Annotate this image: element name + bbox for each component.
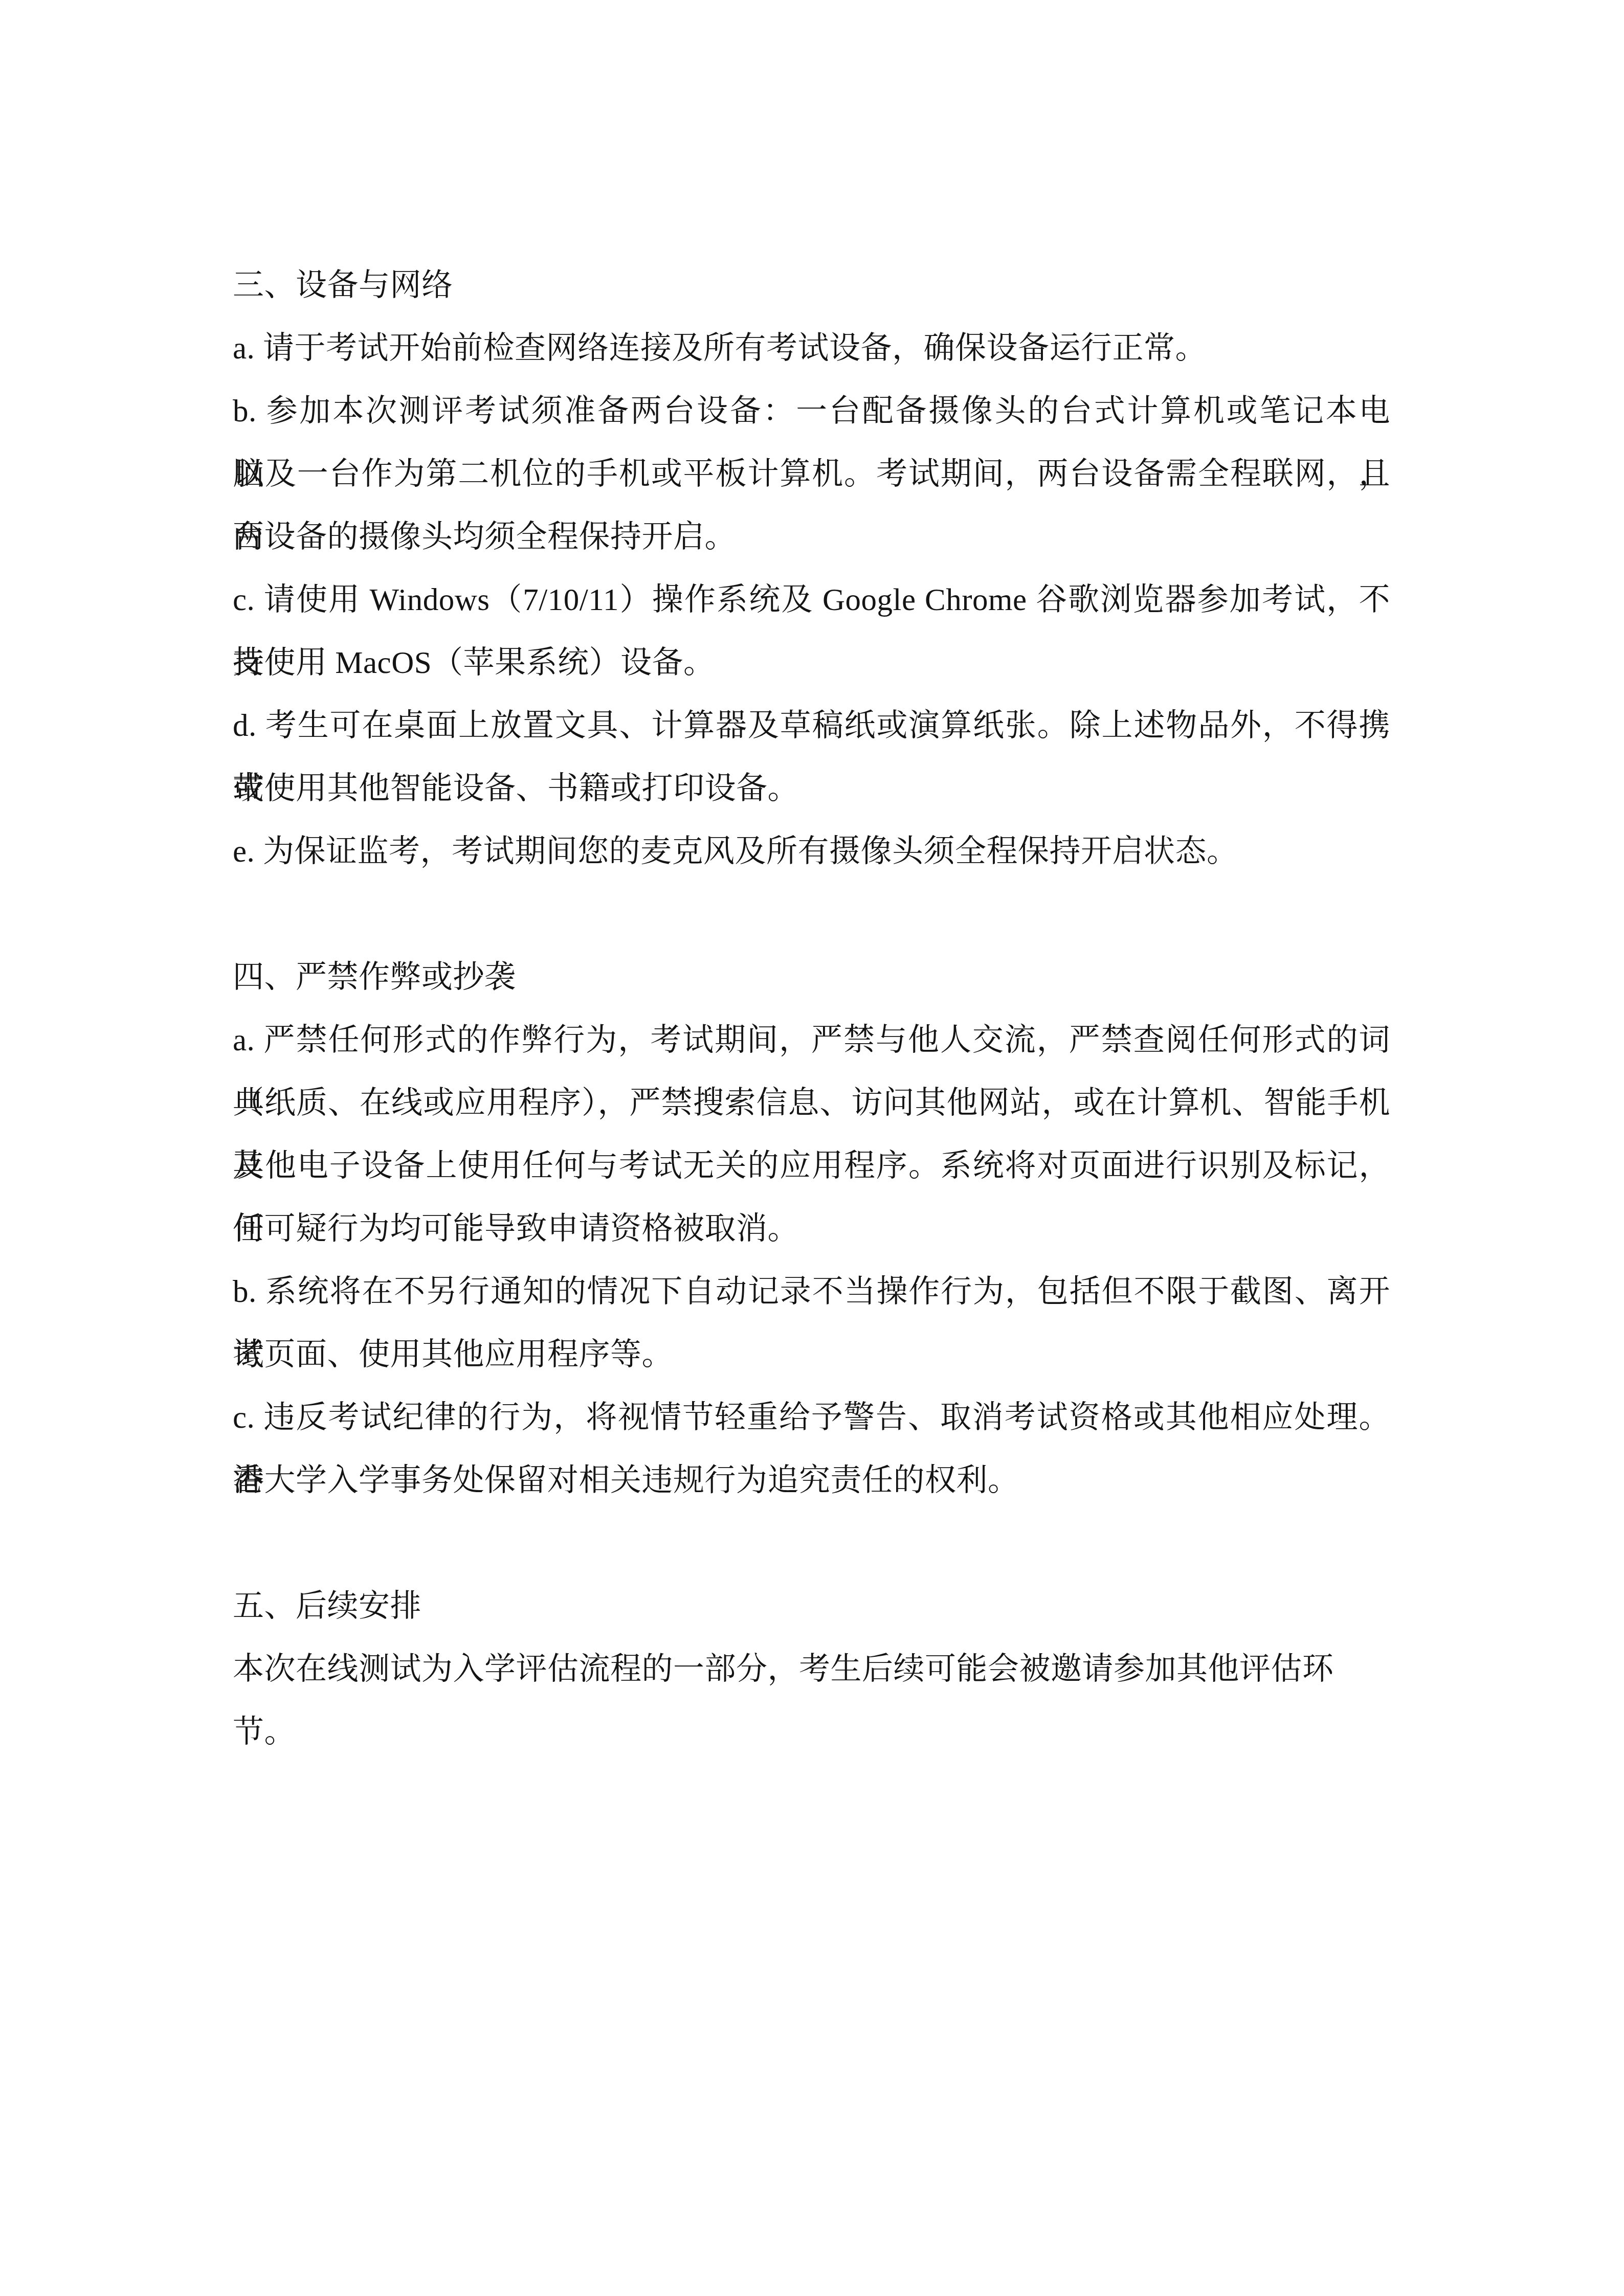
document-line: e. 为保证监考，考试期间您的麦克风及所有摄像头须全程保持开启状态。 — [233, 820, 1390, 883]
section-heading-no-cheating: 四、严禁作弊或抄袭 — [233, 946, 1390, 1009]
blank-line — [233, 883, 1390, 946]
document-line: 本次在线测试为入学评估流程的一部分，考生后续可能会被邀请参加其他评估环节。 — [233, 1638, 1390, 1701]
document-line: b. 参加本次测评考试须准备两台设备：一台配备摄像头的台式计算机或笔记本电脑， — [233, 380, 1390, 443]
document-line: 何可疑行为均可能导致申请资格被取消。 — [233, 1198, 1390, 1260]
document-line: 港大学入学事务处保留对相关违规行为追究责任的权利。 — [233, 1449, 1390, 1512]
document-line: 持使用 MacOS（苹果系统）设备。 — [233, 632, 1390, 694]
section-heading-equipment-network: 三、设备与网络 — [233, 254, 1390, 317]
document-line: b. 系统将在不另行通知的情况下自动记录不当操作行为，包括但不限于截图、离开考 — [233, 1260, 1390, 1323]
document-line: 试页面、使用其他应用程序等。 — [233, 1323, 1390, 1386]
document-line: 其他电子设备上使用任何与考试无关的应用程序。系统将对页面进行识别及标记，任 — [233, 1135, 1390, 1198]
document-line: c. 违反考试纪律的行为，将视情节轻重给予警告、取消考试资格或其他相应处理。香 — [233, 1386, 1390, 1449]
blank-line — [233, 1512, 1390, 1575]
document-line: c. 请使用 Windows（7/10/11）操作系统及 Google Chro… — [233, 569, 1390, 632]
document-line: d. 考生可在桌面上放置文具、计算器及草稿纸或演算纸张。除上述物品外，不得携带 — [233, 694, 1390, 757]
document-line: a. 请于考试开始前检查网络连接及所有考试设备，确保设备运行正常。 — [233, 317, 1390, 380]
document-line: 台设备的摄像头均须全程保持开启。 — [233, 506, 1390, 569]
section-heading-follow-up: 五、后续安排 — [233, 1575, 1390, 1638]
document-line: 以及一台作为第二机位的手机或平板计算机。考试期间，两台设备需全程联网，且两 — [233, 443, 1390, 506]
document-page: 三、设备与网络 a. 请于考试开始前检查网络连接及所有考试设备，确保设备运行正常… — [0, 0, 1624, 2296]
document-line: a. 严禁任何形式的作弊行为，考试期间，严禁与他人交流，严禁查阅任何形式的词典 — [233, 1009, 1390, 1072]
document-line: （纸质、在线或应用程序），严禁搜索信息、访问其他网站，或在计算机、智能手机及 — [233, 1072, 1390, 1135]
document-line: 或使用其他智能设备、书籍或打印设备。 — [233, 757, 1390, 820]
document-text-block: 三、设备与网络 a. 请于考试开始前检查网络连接及所有考试设备，确保设备运行正常… — [233, 254, 1390, 1701]
